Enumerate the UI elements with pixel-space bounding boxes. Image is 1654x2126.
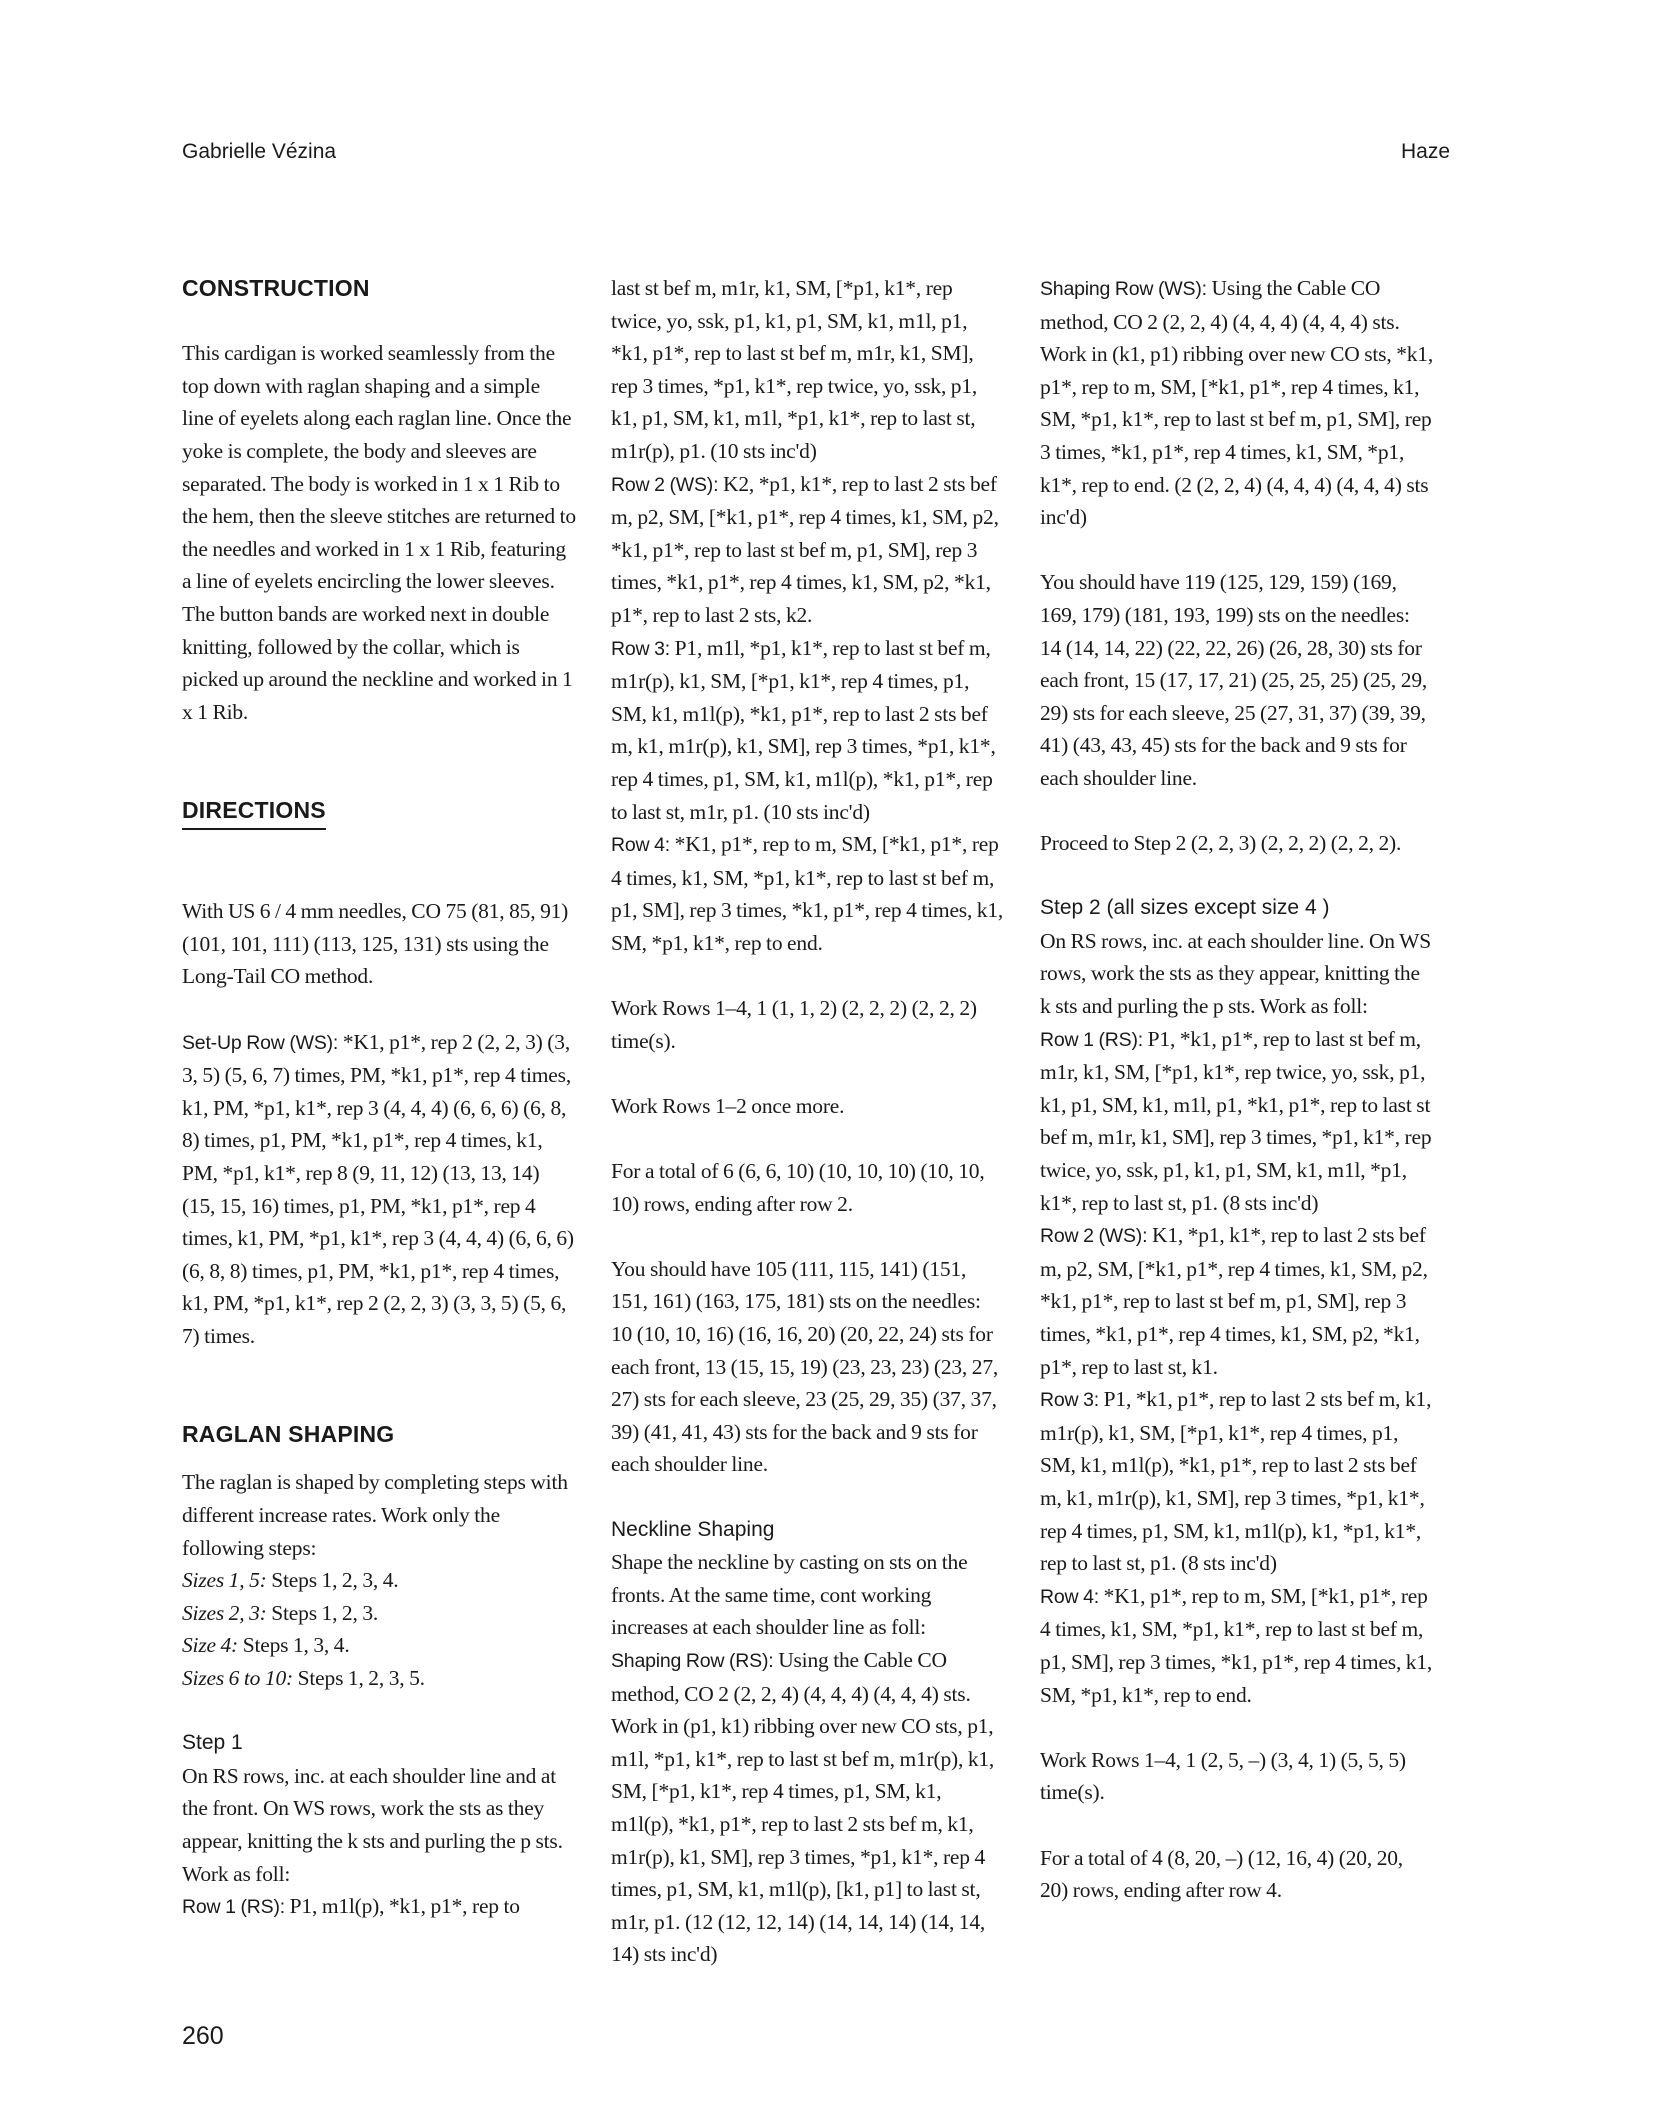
step2-work-rows: Work Rows 1–4, 1 (2, 5, –) (3, 4, 1) (5,… — [1040, 1744, 1434, 1809]
step1-work-once-more: Work Rows 1–2 once more. — [611, 1090, 1005, 1123]
step1-row3-text: P1, m1l, *p1, k1*, rep to last st bef m,… — [611, 636, 996, 824]
raglan-heading: RAGLAN SHAPING — [182, 1418, 576, 1451]
size-steps-2: Sizes 2, 3: Steps 1, 2, 3. — [182, 1597, 576, 1630]
step1-row4: Row 4: *K1, p1*, rep to m, SM, [*k1, p1*… — [611, 828, 1005, 959]
running-header-author: Gabrielle Vézina — [182, 140, 336, 164]
neckline-heading: Neckline Shaping — [611, 1514, 1005, 1547]
size-steps-4: Sizes 6 to 10: Steps 1, 2, 3, 5. — [182, 1662, 576, 1695]
step2-row1: Row 1 (RS): P1, *k1, p1*, rep to last st… — [1040, 1023, 1434, 1220]
size-steps-4-sizes: Sizes 6 to 10: — [182, 1666, 293, 1690]
step1-row4-label: Row 4: — [611, 834, 670, 856]
step1-total: For a total of 6 (6, 6, 10) (10, 10, 10)… — [611, 1155, 1005, 1220]
column-1: CONSTRUCTION This cardigan is worked sea… — [182, 272, 576, 1924]
step1-work-rows: Work Rows 1–4, 1 (1, 1, 2) (2, 2, 2) (2,… — [611, 992, 1005, 1057]
step2-row3-label: Row 3: — [1040, 1389, 1099, 1411]
step1-row3: Row 3: P1, m1l, *p1, k1*, rep to last st… — [611, 632, 1005, 829]
size-steps-1-sizes: Sizes 1, 5: — [182, 1568, 267, 1592]
running-header-title: Haze — [1401, 140, 1450, 164]
page-number: 260 — [182, 2022, 224, 2051]
step2-row3: Row 3: P1, *k1, p1*, rep to last 2 sts b… — [1040, 1383, 1434, 1580]
step2-row4-text: *K1, p1*, rep to m, SM, [*k1, p1*, rep 4… — [1040, 1584, 1432, 1707]
step1-row1-text-head: P1, m1l(p), *k1, p1*, rep to — [285, 1894, 520, 1918]
column-3: Shaping Row (WS): Using the Cable CO met… — [1040, 272, 1434, 1907]
step2-row4: Row 4: *K1, p1*, rep to m, SM, [*k1, p1*… — [1040, 1580, 1434, 1711]
step2-row2: Row 2 (WS): K1, *p1, k1*, rep to last 2 … — [1040, 1219, 1434, 1383]
step2-row2-label: Row 2 (WS): — [1040, 1225, 1147, 1247]
raglan-intro: The raglan is shaped by completing steps… — [182, 1466, 576, 1564]
step2-row1-label: Row 1 (RS): — [1040, 1029, 1143, 1051]
step2-total: For a total of 4 (8, 20, –) (12, 16, 4) … — [1040, 1842, 1434, 1907]
step2-row1-text: P1, *k1, p1*, rep to last st bef m, m1r,… — [1040, 1027, 1431, 1215]
step1-row2-label: Row 2 (WS): — [611, 474, 718, 496]
size-steps-2-sizes: Sizes 2, 3: — [182, 1601, 267, 1625]
size-steps-3: Size 4: Steps 1, 3, 4. — [182, 1629, 576, 1662]
step1-row3-label: Row 3: — [611, 638, 670, 660]
size-steps-3-sizes: Size 4: — [182, 1633, 238, 1657]
neckline-rs-row: Shaping Row (RS): Using the Cable CO met… — [611, 1644, 1005, 1971]
neckline-intro: Shape the neckline by casting on sts on … — [611, 1546, 1005, 1644]
neckline-ws-text: Using the Cable CO method, CO 2 (2, 2, 4… — [1040, 276, 1433, 529]
construction-heading: CONSTRUCTION — [182, 272, 576, 305]
neckline-proceed: Proceed to Step 2 (2, 2, 3) (2, 2, 2) (2… — [1040, 827, 1434, 860]
step1-heading: Step 1 — [182, 1727, 576, 1760]
step1-row1-continued: last st bef m, m1r, k1, SM, [*p1, k1*, r… — [611, 272, 1005, 468]
step2-heading: Step 2 (all sizes except size 4 ) — [1040, 892, 1434, 925]
size-steps-4-steps: Steps 1, 2, 3, 5. — [293, 1666, 425, 1690]
cast-on-instructions: With US 6 / 4 mm needles, CO 75 (81, 85,… — [182, 895, 576, 993]
construction-body: This cardigan is worked seamlessly from … — [182, 337, 576, 728]
step1-count: You should have 105 (111, 115, 141) (151… — [611, 1253, 1005, 1481]
step1-row2: Row 2 (WS): K2, *p1, k1*, rep to last 2 … — [611, 468, 1005, 632]
directions-heading: DIRECTIONS — [182, 794, 576, 831]
neckline-ws-row: Shaping Row (WS): Using the Cable CO met… — [1040, 272, 1434, 534]
size-steps-2-steps: Steps 1, 2, 3. — [267, 1601, 378, 1625]
step1-row4-text: *K1, p1*, rep to m, SM, [*k1, p1*, rep 4… — [611, 832, 1003, 955]
neckline-count: You should have 119 (125, 129, 159) (169… — [1040, 566, 1434, 794]
column-2: last st bef m, m1r, k1, SM, [*p1, k1*, r… — [611, 272, 1005, 1971]
step2-row4-label: Row 4: — [1040, 1586, 1099, 1608]
step1-row1-start: Row 1 (RS): P1, m1l(p), *k1, p1*, rep to — [182, 1890, 576, 1924]
size-steps-3-steps: Steps 1, 3, 4. — [238, 1633, 349, 1657]
neckline-ws-label: Shaping Row (WS): — [1040, 278, 1207, 300]
size-steps-1-steps: Steps 1, 2, 3, 4. — [267, 1568, 399, 1592]
directions-heading-text: DIRECTIONS — [182, 794, 326, 831]
step2-intro: On RS rows, inc. at each shoulder line. … — [1040, 925, 1434, 1023]
neckline-rs-text: Using the Cable CO method, CO 2 (2, 2, 4… — [611, 1648, 994, 1966]
setup-row: Set-Up Row (WS): *K1, p1*, rep 2 (2, 2, … — [182, 1026, 576, 1353]
setup-row-text: *K1, p1*, rep 2 (2, 2, 3) (3, 3, 5) (5, … — [182, 1030, 574, 1348]
size-steps-1: Sizes 1, 5: Steps 1, 2, 3, 4. — [182, 1564, 576, 1597]
neckline-rs-label: Shaping Row (RS): — [611, 1650, 774, 1672]
step2-row3-text: P1, *k1, p1*, rep to last 2 sts bef m, k… — [1040, 1387, 1431, 1575]
setup-row-label: Set-Up Row (WS): — [182, 1032, 338, 1054]
step1-intro: On RS rows, inc. at each shoulder line a… — [182, 1760, 576, 1890]
step1-row1-label: Row 1 (RS): — [182, 1896, 285, 1918]
